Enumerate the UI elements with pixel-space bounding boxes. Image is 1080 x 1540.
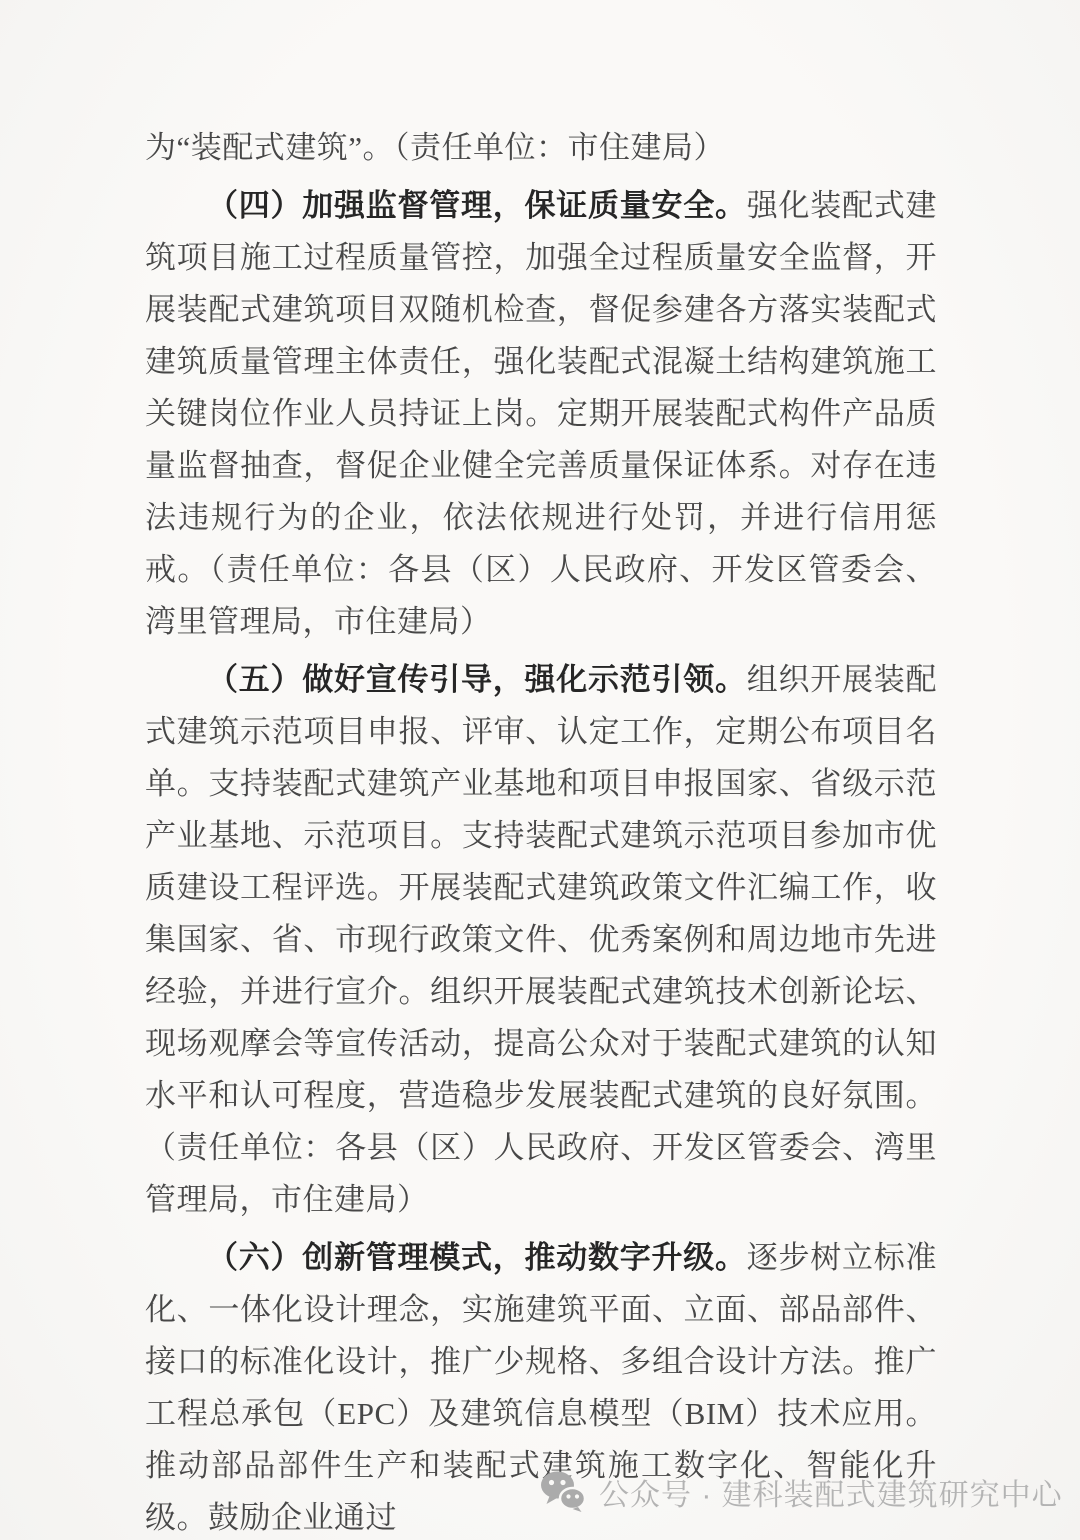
paragraph-section-four: （四）加强监督管理，保证质量安全。强化装配式建筑项目施工过程质量管控，加强全过程… <box>145 180 937 648</box>
paragraph-continuation: 为“装配式建筑”。（责任单位：市住建局） <box>145 122 937 174</box>
section-five-heading: （五）做好宣传引导，强化示范引领。 <box>207 662 747 697</box>
section-four-heading: （四）加强监督管理，保证质量安全。 <box>207 188 747 223</box>
document-body: 为“装配式建筑”。（责任单位：市住建局） （四）加强监督管理，保证质量安全。强化… <box>145 122 937 1540</box>
paragraph-text: 强化装配式建筑项目施工过程质量管控，加强全过程质量安全监督，开展装配式建筑项目双… <box>145 188 937 639</box>
watermark-footer: 公众号 · 建科装配式建筑研究中心 <box>540 1470 1063 1514</box>
paragraph-section-five: （五）做好宣传引导，强化示范引领。组织开展装配式建筑示范项目申报、评审、认定工作… <box>145 654 937 1226</box>
paragraph-text: 组织开展装配式建筑示范项目申报、评审、认定工作，定期公布项目名单。支持装配式建筑… <box>145 662 937 1217</box>
paragraph-text: 为“装配式建筑”。（责任单位：市住建局） <box>145 130 725 165</box>
section-six-heading: （六）创新管理模式，推动数字升级。 <box>207 1240 747 1275</box>
document-page: 为“装配式建筑”。（责任单位：市住建局） （四）加强监督管理，保证质量安全。强化… <box>0 0 1080 1540</box>
wechat-icon <box>540 1471 586 1513</box>
watermark-label: 公众号 · 建科装配式建筑研究中心 <box>599 1470 1063 1514</box>
